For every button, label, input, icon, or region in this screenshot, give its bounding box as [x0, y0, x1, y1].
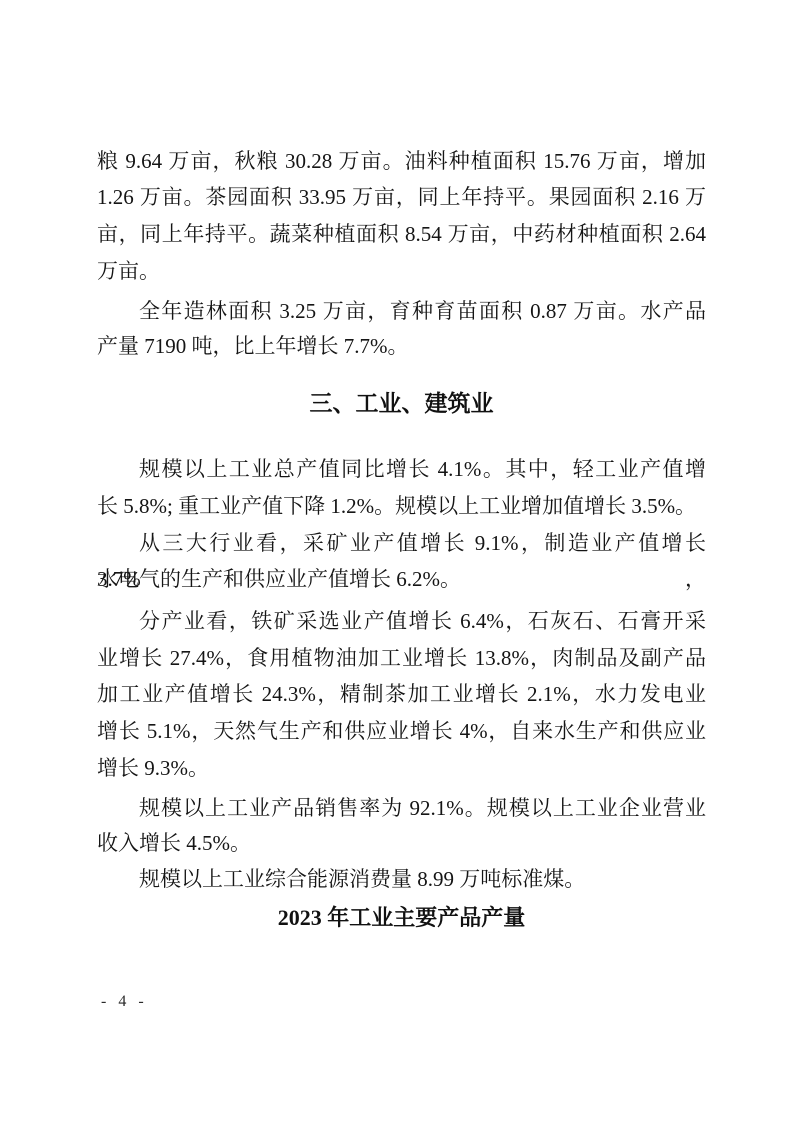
document-text-block: 粮 9.64 万亩，秋粮 30.28 万亩。油料种植面积 15.76 万亩，增加… [97, 0, 706, 1122]
table-title-industrial-products-output: 2023 年工业主要产品产量 [97, 903, 706, 933]
page-number: - 4 - [101, 993, 148, 1011]
text-line: 规模以上工业总产值同比增长 4.1%。其中，轻工业产值增 [97, 451, 706, 487]
text-line: 1.26 万亩。茶园面积 33.95 万亩，同上年持平。果园面积 2.16 万 [97, 179, 706, 215]
section-heading-industry-construction: 三、工业、建筑业 [97, 388, 706, 418]
text-line: 万亩。 [97, 253, 706, 289]
text-line: 粮 9.64 万亩，秋粮 30.28 万亩。油料种植面积 15.76 万亩，增加 [97, 143, 706, 179]
text-line: 分产业看，铁矿采选业产值增长 6.4%，石灰石、石膏开采 [97, 603, 706, 639]
text-line: 收入增长 4.5%。 [97, 825, 706, 861]
text-line: 水电气的生产和供应业产值增长 6.2%。 [97, 561, 706, 597]
text-line: 规模以上工业综合能源消费量 8.99 万吨标准煤。 [97, 861, 706, 897]
text-line: 增长 9.3%。 [97, 750, 706, 786]
text-line: 产量 7190 吨，比上年增长 7.7%。 [97, 328, 706, 364]
text-line: 全年造林面积 3.25 万亩，育种育苗面积 0.87 万亩。水产品 [97, 293, 706, 329]
text-line: 亩，同上年持平。蔬菜种植面积 8.54 万亩，中药材种植面积 2.64 [97, 216, 706, 252]
document-page: 粮 9.64 万亩，秋粮 30.28 万亩。油料种植面积 15.76 万亩，增加… [0, 0, 793, 1122]
text-line: 长 5.8%; 重工业产值下降 1.2%。规模以上工业增加值增长 3.5%。 [97, 488, 706, 524]
text-line: 增长 5.1%，天然气生产和供应业增长 4%，自来水生产和供应业 [97, 713, 706, 749]
text-line: 加工业产值增长 24.3%，精制茶加工业增长 2.1%，水力发电业 [97, 676, 706, 712]
text-line: 规模以上工业产品销售率为 92.1%。规模以上工业企业营业 [97, 790, 706, 826]
text-line: 业增长 27.4%，食用植物油加工业增长 13.8%，肉制品及副产品 [97, 640, 706, 676]
